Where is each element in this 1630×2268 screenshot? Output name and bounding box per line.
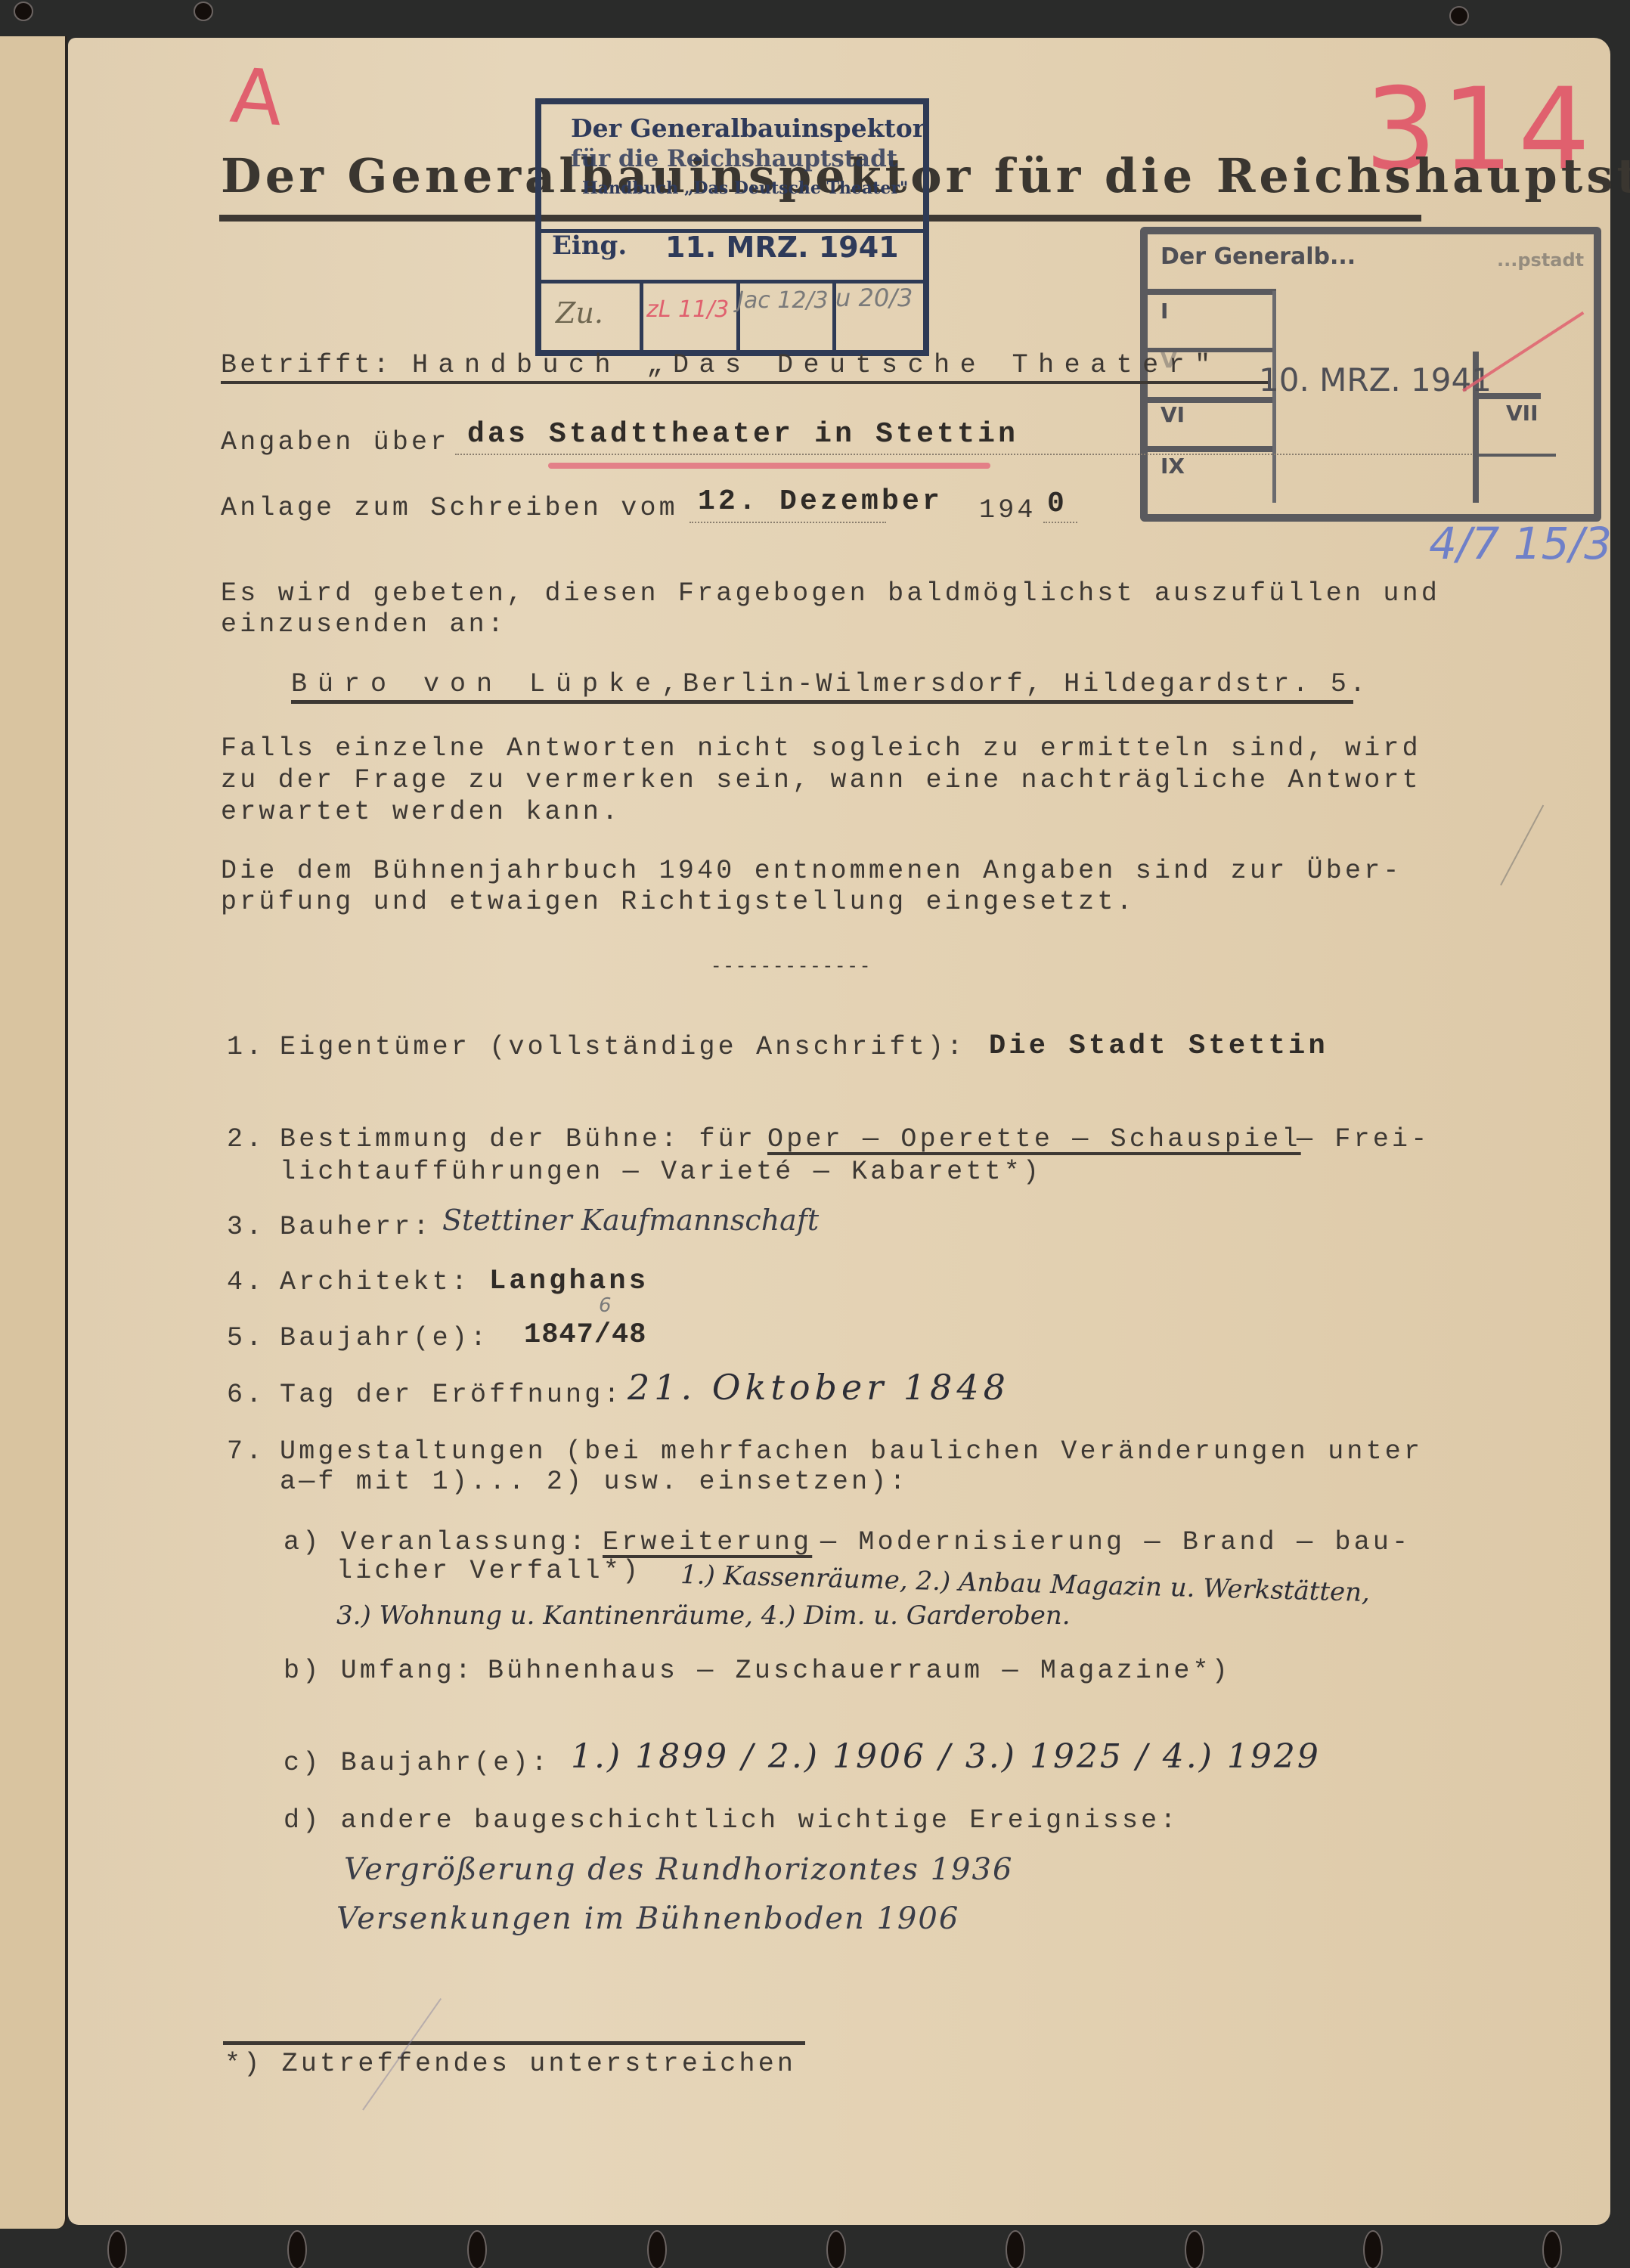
about-label: Angaben über	[221, 427, 449, 457]
address-underline	[291, 700, 1353, 704]
stamp-cell-initials-1: Zu.	[556, 296, 603, 330]
address-name: Büro von Lüpke,	[291, 669, 688, 699]
office-stamp-header: Der Generalb...	[1161, 243, 1356, 270]
binder-hole	[107, 2230, 127, 2268]
about-value: das Stadttheater in Stettin	[467, 418, 1018, 451]
q1-answer: Die Stadt Stettin	[989, 1030, 1328, 1062]
q3-label: Bauherr:	[280, 1212, 432, 1242]
q2-options-underlined: Oper — Operette — Schauspiel	[767, 1124, 1301, 1154]
stamp-cell-initials-2: zL 11/3	[646, 296, 729, 323]
q1-number: 1.	[227, 1032, 265, 1062]
q2-line2: lichtaufführungen — Varieté — Kabarett*)	[280, 1157, 1042, 1187]
subject-label: Betrifft:	[221, 350, 392, 380]
blue-reference-mark: 4/7 15/3	[1429, 518, 1612, 569]
q5-number: 5.	[227, 1323, 265, 1353]
q7-label: Umgestaltungen (bei mehrfachen baulichen…	[280, 1436, 1423, 1467]
q7b-options: Bühnenhaus — Zuschauerraum — Magazine*)	[488, 1656, 1231, 1686]
q4-answer: Langhans	[489, 1266, 649, 1297]
note-line3: erwartet werden kann.	[221, 797, 621, 827]
q6-label: Tag der Eröffnung:	[280, 1380, 623, 1410]
binder-hole	[1542, 2230, 1562, 2268]
stamp-received-label: Eing.	[552, 231, 627, 261]
q7-number: 7.	[227, 1436, 265, 1467]
subject-underline	[221, 381, 1268, 384]
stamp-received-date: 11. MRZ. 1941	[665, 231, 899, 264]
q7c-label: c) Baujahr(e):	[284, 1748, 550, 1778]
binder-hole	[467, 2230, 487, 2268]
q7a-options-rest: — Modernisierung — Brand — bau-	[820, 1527, 1411, 1557]
q6-answer-handwritten: 21. Oktober 1848	[628, 1367, 1010, 1408]
instructions-line1: Es wird gebeten, diesen Fragebogen baldm…	[221, 578, 1440, 609]
q4-label: Architekt:	[280, 1267, 470, 1297]
binder-hole	[1449, 6, 1469, 26]
binder-hole	[1006, 2230, 1025, 2268]
q7a-answer-line2-handwritten: 3.) Wohnung u. Kantinenräume, 4.) Dim. u…	[336, 1600, 1071, 1631]
q7-line2: a—f mit 1)... 2) usw. einsetzen):	[280, 1467, 909, 1497]
q7d-label: d) andere baugeschichtlich wichtige Erei…	[284, 1805, 1179, 1836]
q3-number: 3.	[227, 1212, 265, 1242]
margin-letter-mark: A	[228, 51, 285, 143]
q1-label: Eigentümer (vollständige Anschrift):	[280, 1032, 965, 1062]
office-stamp-header-right: ...pstadt	[1497, 249, 1584, 271]
q7d-answer-line1-handwritten: Vergrößerung des Rundhorizontes 1936	[344, 1852, 1013, 1887]
q4-number: 4.	[227, 1267, 265, 1297]
q7d-answer-line2-handwritten: Versenkungen im Bühnenboden 1906	[336, 1901, 959, 1936]
instructions-line2: einzusenden an:	[221, 609, 507, 640]
red-pencil-underline	[548, 463, 990, 469]
binder-hole	[1185, 2230, 1204, 2268]
attachment-year-suffix: 0	[1047, 488, 1068, 520]
q7b-label: b) Umfang:	[284, 1656, 474, 1686]
q7a-line2: licher Verfall*)	[336, 1556, 641, 1586]
address-street: Berlin-Wilmersdorf, Hildegardstr. 5.	[683, 669, 1368, 699]
about-fill-line	[455, 454, 1472, 455]
footnote-rule	[223, 2041, 805, 2045]
binder-hole	[14, 2, 33, 21]
attachment-date-fill-line	[689, 522, 886, 523]
office-stamp-date: 10. MRZ. 1941	[1259, 361, 1492, 398]
section-separator: -------------	[711, 957, 872, 978]
stamp-issuer-line1: Der Generalbauinspektor	[571, 113, 925, 143]
stamp-issuer-line2: für die Reichshauptstadt	[571, 145, 897, 172]
q6-number: 6.	[227, 1380, 265, 1410]
q2-options-rest: — Frei-	[1297, 1124, 1430, 1154]
q7a-label: a) Veranlassung:	[284, 1527, 588, 1557]
footnote-text: *) Zutreffendes unterstreichen	[225, 2049, 796, 2079]
subject-value: Handbuch „Das Deutsche Theater"	[412, 350, 1221, 380]
attachment-date: 12. Dezember	[698, 485, 943, 518]
source-note-line2: prüfung und etwaigen Richtigstellung ein…	[221, 887, 1136, 917]
q7a-underlined-option: Erweiterung	[603, 1527, 812, 1557]
q5-label: Baujahr(e):	[280, 1323, 489, 1353]
q2-number: 2.	[227, 1124, 265, 1154]
binder-hole	[1363, 2230, 1383, 2268]
binder-hole	[287, 2230, 307, 2268]
adjacent-page-edge	[0, 36, 67, 2229]
attachment-label: Anlage zum Schreiben vom	[221, 493, 678, 523]
note-line1: Falls einzelne Antworten nicht sogleich …	[221, 733, 1421, 764]
note-line2: zu der Frage zu vermerken sein, wann ein…	[221, 765, 1421, 795]
office-stamp-right-row: VII	[1506, 401, 1539, 426]
binder-hole	[647, 2230, 667, 2268]
stamp-handbook-line: Handbuch „Das Deutsche Theater"	[582, 178, 908, 198]
binder-hole	[194, 2, 213, 21]
binder-hole	[826, 2230, 846, 2268]
q3-answer-handwritten: Stettiner Kaufmannschaft	[442, 1204, 819, 1237]
q5-answer: 1847/48	[524, 1319, 646, 1351]
stamp-cell-initials-3: Jac 12/3	[737, 287, 829, 314]
office-stamp-row-4: IX	[1161, 454, 1185, 479]
q5-correction: 6	[599, 1294, 612, 1317]
source-note-line1: Die dem Bühnenjahrbuch 1940 entnommenen …	[221, 856, 1402, 886]
stamp-cell-initials-4: u 20/3	[835, 283, 913, 312]
attachment-year-prefix: 194	[979, 495, 1037, 525]
q7c-answer-handwritten: 1.) 1899 / 2.) 1906 / 3.) 1925 / 4.) 192…	[571, 1737, 1321, 1776]
q2-label: Bestimmung der Bühne: für	[280, 1124, 756, 1154]
office-stamp-row-1: I	[1161, 299, 1168, 324]
attachment-year-fill-line	[1043, 522, 1077, 523]
office-stamp-row-3: VI	[1161, 402, 1185, 427]
